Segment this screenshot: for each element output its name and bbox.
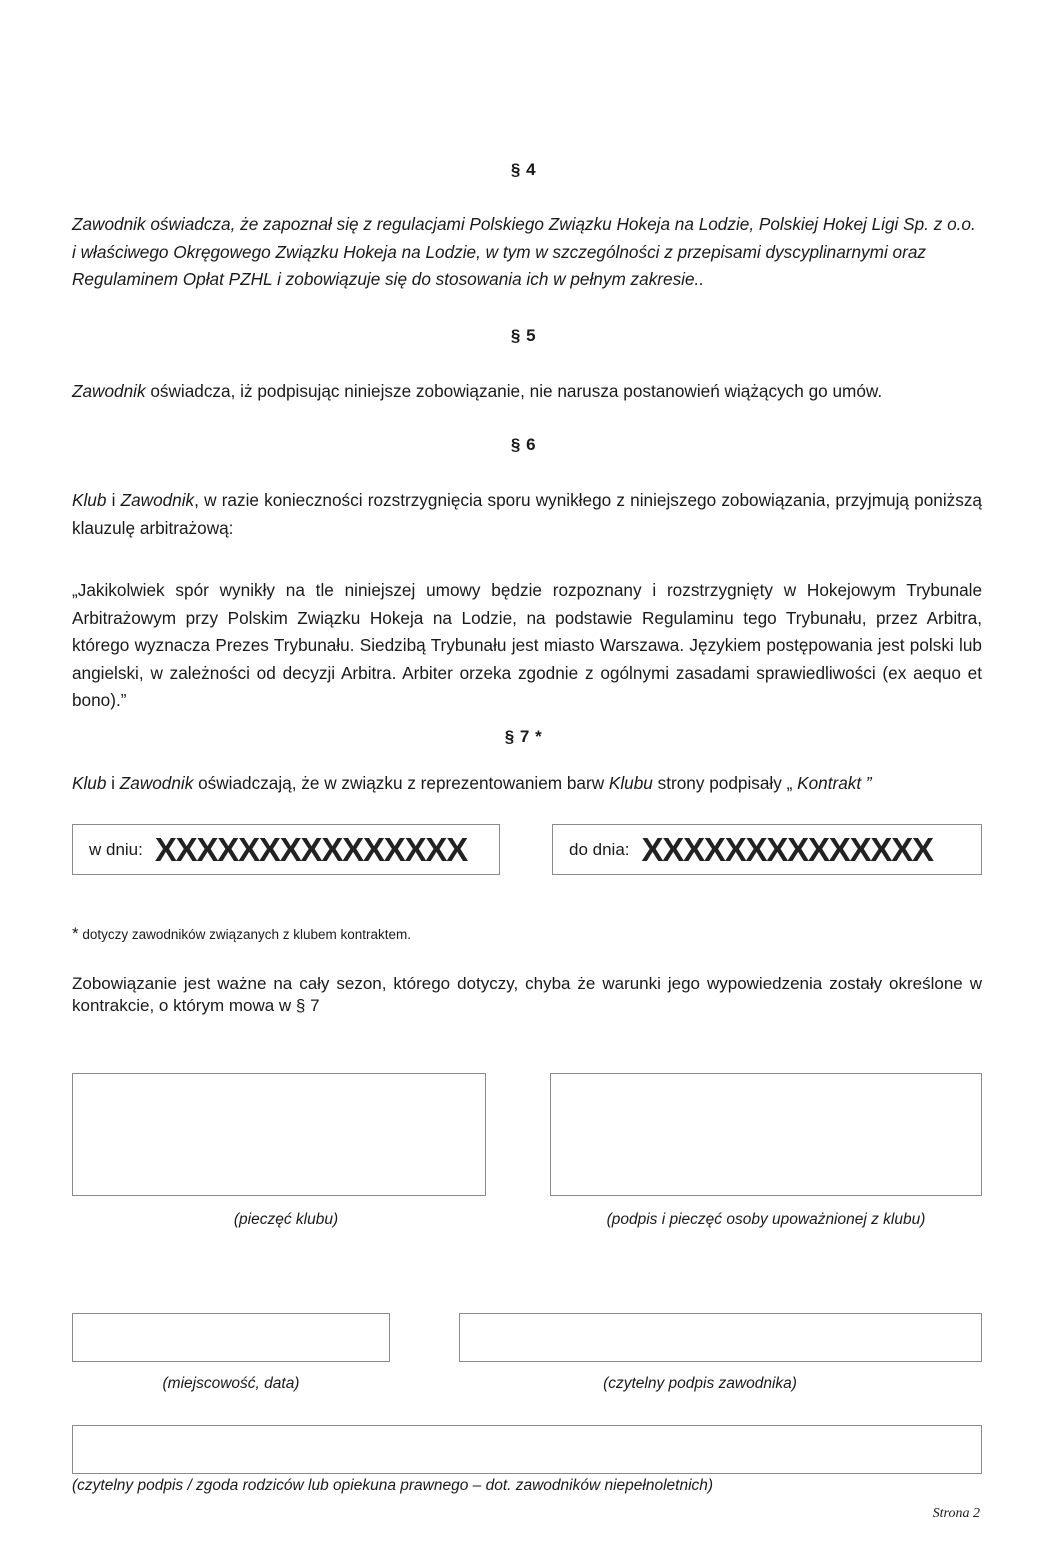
arbitration-clause: „Jakikolwiek spór wynikły na tle niniejs… xyxy=(72,577,982,715)
guardian-signature-box[interactable] xyxy=(72,1425,982,1474)
page-number: Strona 2 xyxy=(933,1506,980,1522)
validity-statement: Zobowiązanie jest ważne na cały sezon, k… xyxy=(72,973,982,1017)
conjunction: i xyxy=(106,773,119,793)
footnote-text: dotyczy zawodników związanych z klubem k… xyxy=(79,927,411,942)
club-stamp-box[interactable] xyxy=(72,1073,486,1196)
footnote-mark: * xyxy=(72,924,79,943)
club-rep-caption: (podpis i pieczęć osoby upoważnionej z k… xyxy=(550,1211,982,1229)
section-6-text: Klub i Zawodnik, w razie konieczności ro… xyxy=(72,487,982,542)
date-from-value: XXXXXXXXXXXXXXX xyxy=(155,831,467,869)
section-4-heading: § 4 xyxy=(0,160,1047,180)
date-from-field[interactable]: w dniu: XXXXXXXXXXXXXXX xyxy=(72,824,500,875)
party-klub: Klub xyxy=(72,490,106,510)
section-7-body-3: ” xyxy=(861,773,872,793)
guardian-signature-caption: (czytelny podpis / zgoda rodziców lub op… xyxy=(72,1477,713,1495)
footnote: * dotyczy zawodników związanych z klubem… xyxy=(72,924,411,944)
section-6-body: , w razie konieczności rozstrzygnięcia s… xyxy=(72,490,982,538)
player-signature-caption: (czytelny podpis zawodnika) xyxy=(459,1375,941,1393)
club-stamp-caption: (pieczęć klubu) xyxy=(72,1211,500,1229)
conjunction: i xyxy=(106,490,120,510)
place-date-box[interactable] xyxy=(72,1313,390,1362)
section-7-heading: § 7 * xyxy=(0,727,1047,747)
party-klub: Klub xyxy=(72,773,106,793)
contract-word: Kontrakt xyxy=(797,773,861,793)
section-7-body-1: oświadczają, że w związku z reprezentowa… xyxy=(193,773,609,793)
section-6-heading: § 6 xyxy=(0,435,1047,455)
party-zawodnik: Zawodnik xyxy=(121,490,195,510)
section-7-text: Klub i Zawodnik oświadczają, że w związk… xyxy=(72,770,982,798)
date-to-field[interactable]: do dnia: XXXXXXXXXXXXXX xyxy=(552,824,982,875)
section-4-text: Zawodnik oświadcza, że zapoznał się z re… xyxy=(72,211,982,294)
date-to-label: do dnia: xyxy=(569,840,630,860)
section-7-body-2: strony podpisały „ xyxy=(653,773,797,793)
date-to-value: XXXXXXXXXXXXXX xyxy=(642,831,933,869)
party-zawodnik: Zawodnik xyxy=(120,773,194,793)
place-date-caption: (miejscowość, data) xyxy=(72,1375,390,1393)
section-5-body: oświadcza, iż podpisując niniejsze zobow… xyxy=(146,381,883,401)
section-5-text: Zawodnik oświadcza, iż podpisując niniej… xyxy=(72,378,982,406)
date-from-label: w dniu: xyxy=(89,840,143,860)
party-klubu: Klubu xyxy=(609,773,653,793)
party-zawodnik: Zawodnik xyxy=(72,381,146,401)
club-rep-signature-box[interactable] xyxy=(550,1073,982,1196)
section-5-heading: § 5 xyxy=(0,326,1047,346)
player-signature-box[interactable] xyxy=(459,1313,982,1362)
